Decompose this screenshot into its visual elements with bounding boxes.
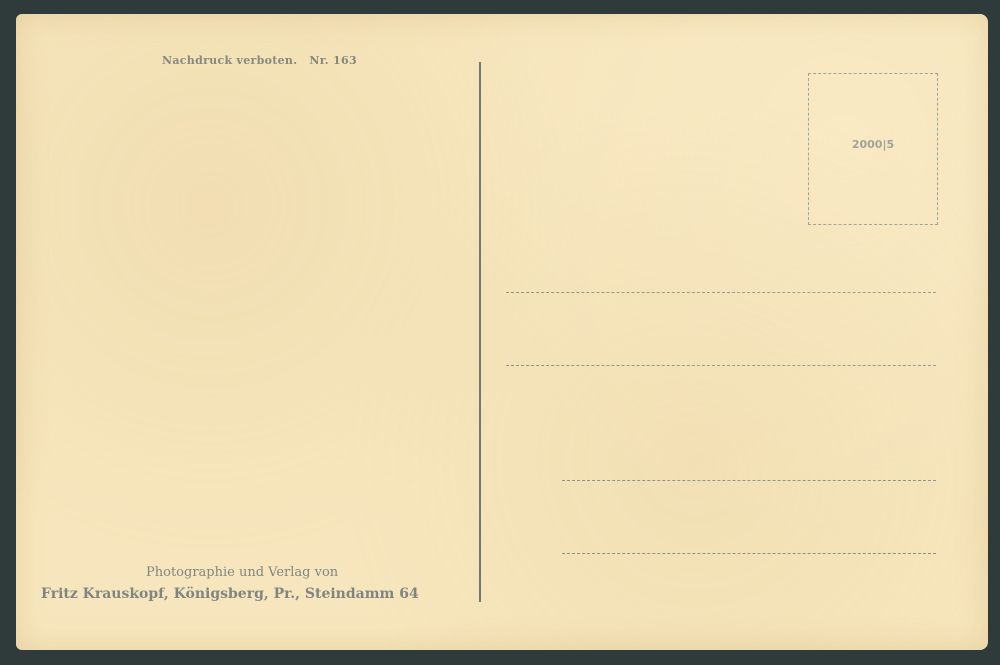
vertical-divider (479, 62, 481, 602)
publisher-line-2: Fritz Krauskopf, Königsberg, Pr., Steind… (41, 586, 419, 602)
stamp-box-label: 2000|5 (809, 138, 937, 151)
reprint-notice: Nachdruck verboten. (162, 54, 297, 67)
address-line-1 (506, 292, 936, 293)
header-note: Nachdruck verboten.Nr. 163 (162, 54, 357, 67)
publisher-line-1: Photographie und Verlag von (146, 565, 338, 580)
address-line-4 (562, 553, 936, 554)
stamp-box: 2000|5 (808, 73, 938, 225)
address-line-3 (562, 480, 936, 481)
address-line-2 (506, 365, 936, 366)
postcard-back: Nachdruck verboten.Nr. 163 2000|5 Photog… (16, 14, 988, 650)
card-number: Nr. 163 (309, 54, 357, 67)
